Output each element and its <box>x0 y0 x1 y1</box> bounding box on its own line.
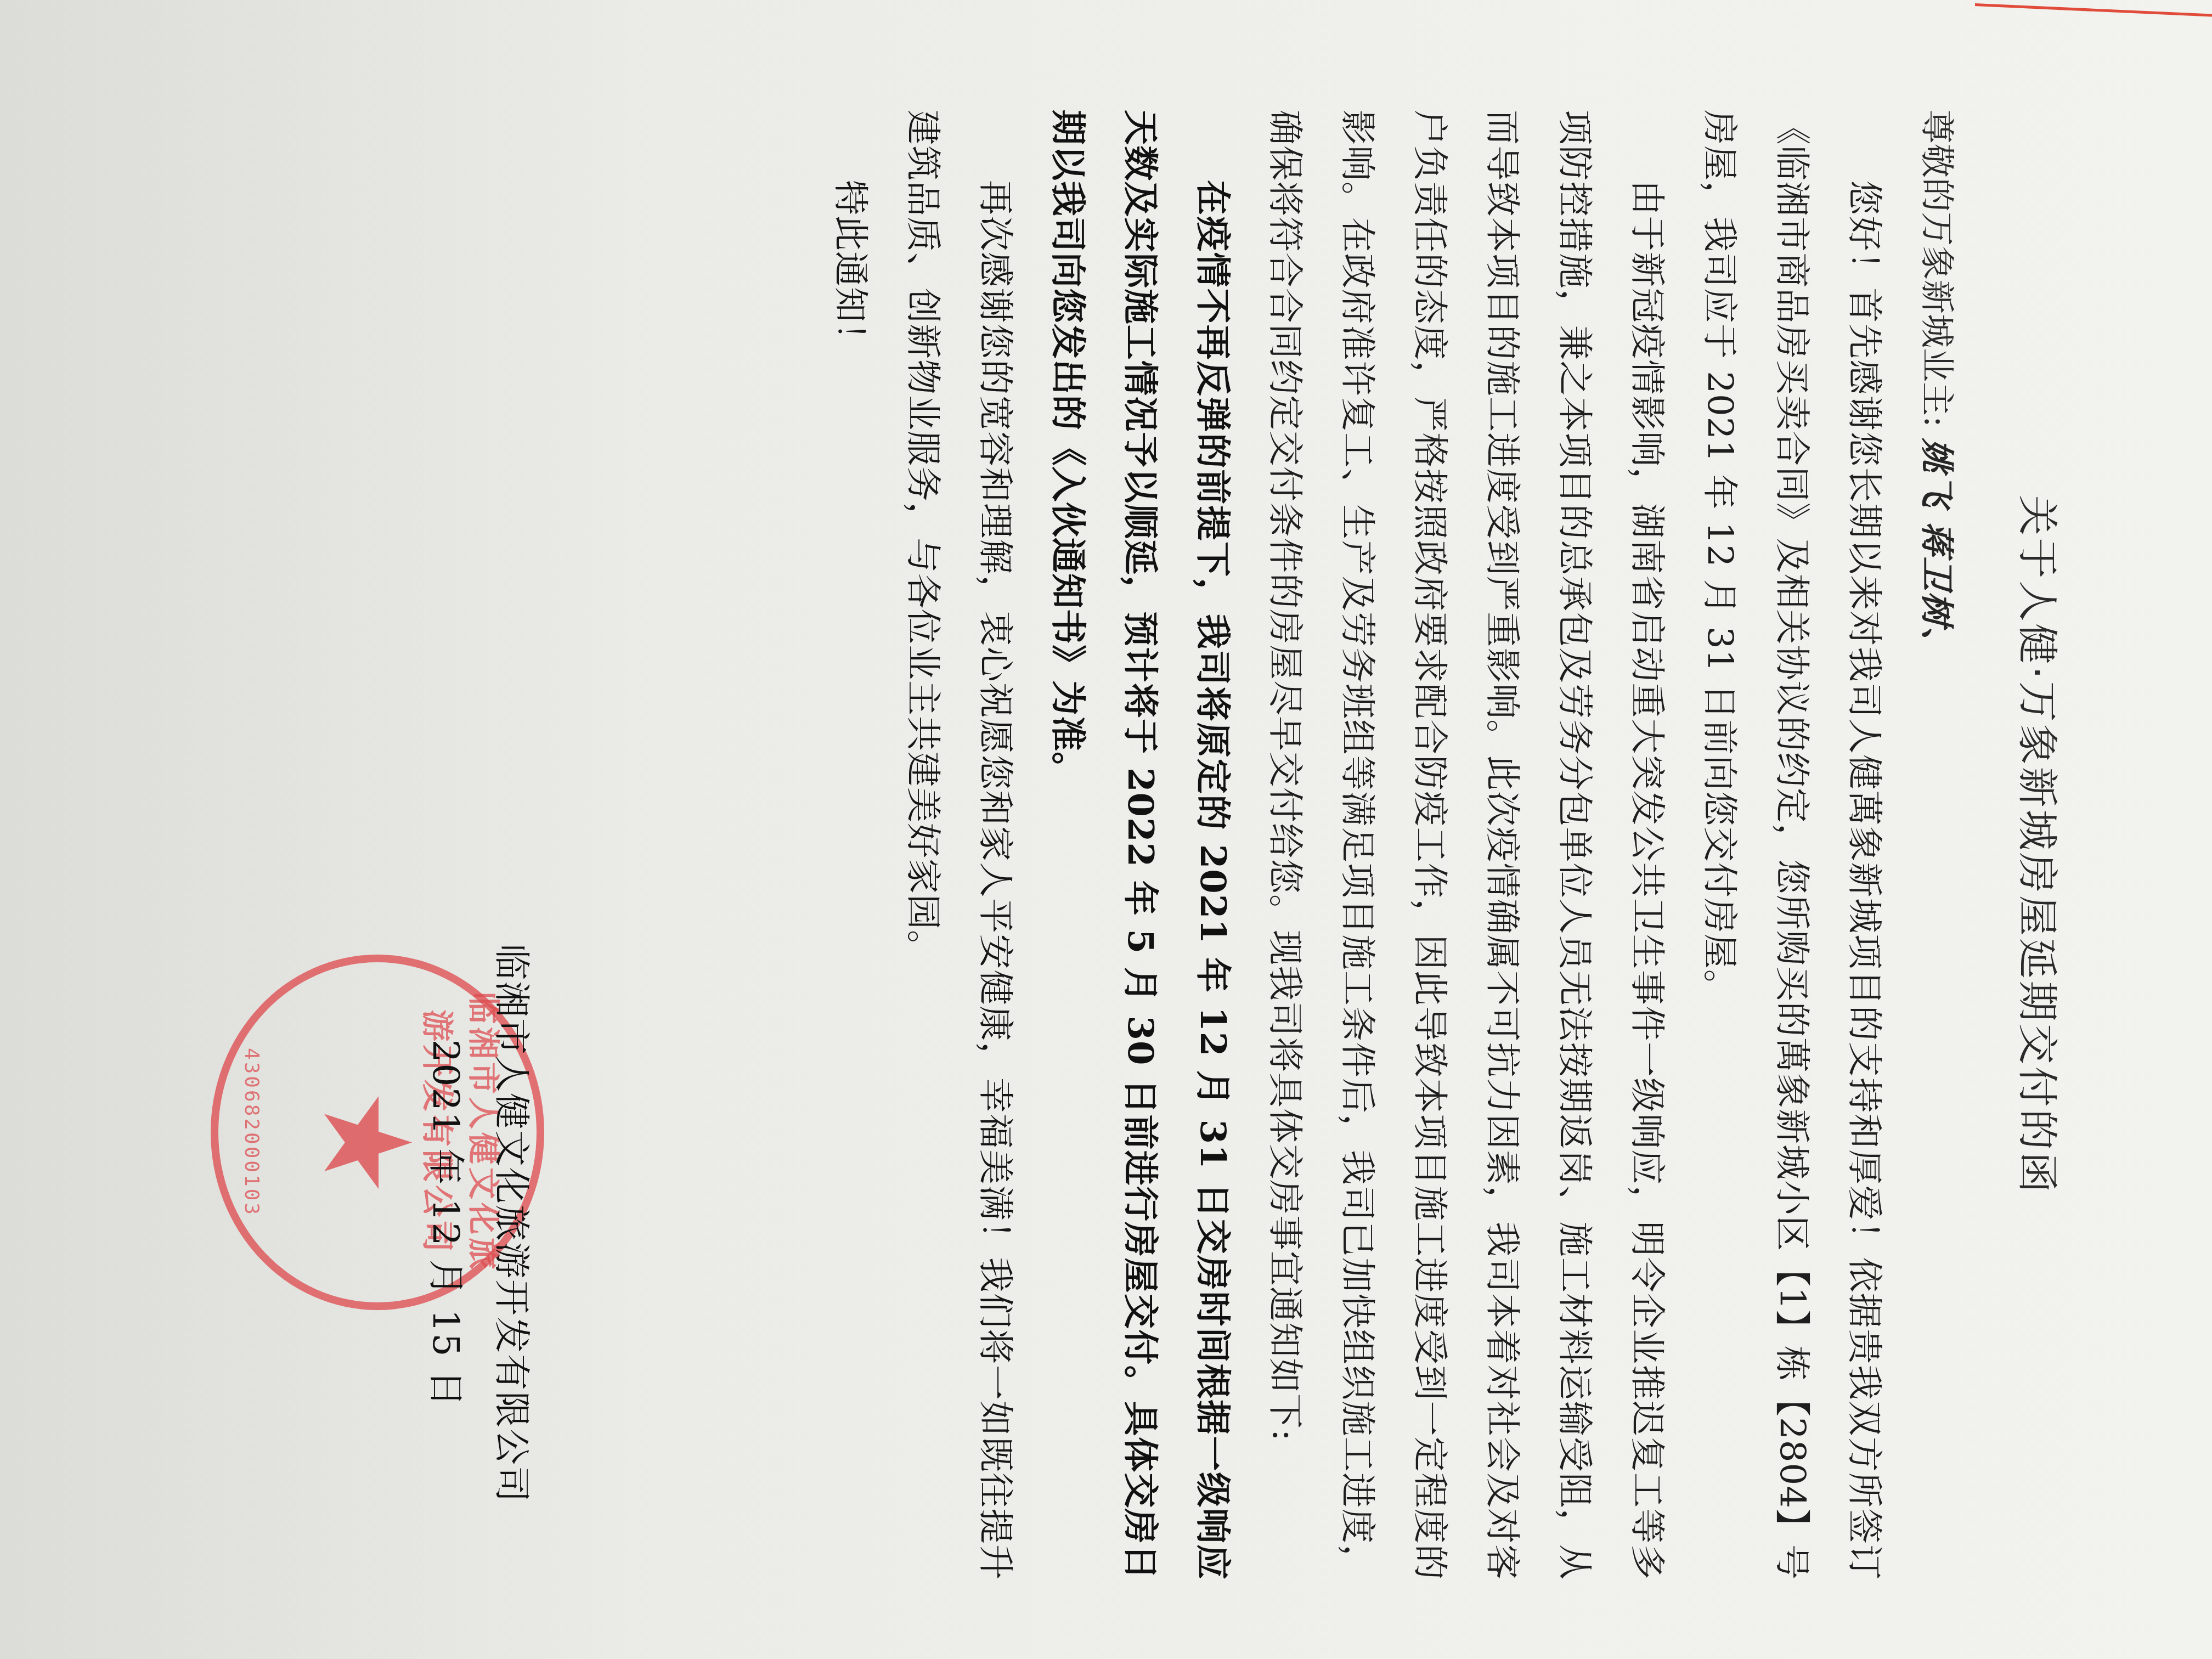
salutation-prefix: 尊敬的万象新城业主: <box>1917 110 1957 427</box>
owner-names-handwritten: 姚飞 蒋卫树、 <box>1917 438 1957 662</box>
star-icon: ★ <box>306 1088 427 1197</box>
letter-body: 关于人健·万象新城房屋延期交付的函 尊敬的万象新城业主: 姚飞 蒋卫树、 您好！… <box>814 110 2069 1580</box>
paragraph-reason: 由于新冠疫情影响，湖南省启动重大突发公共卫生事件一级响应，明令企业推迟复工等多项… <box>1249 110 1683 1580</box>
signature-date: 2021 年 12 月 15 日 <box>413 867 478 1580</box>
paragraph-greeting: 您好！首先感谢您长期以来对我司人健萬象新城项目的支持和厚爱！依据贵我双方所签订《… <box>1683 110 1900 1580</box>
salutation: 尊敬的万象新城业主: 姚飞 蒋卫树、 <box>1900 110 1973 1580</box>
seal-code: 430682000103 <box>240 1028 263 1237</box>
signature-block: 临湘市人健文化旅游开发有限公司 2021 年 12 月 15 日 <box>413 867 544 1580</box>
letter-title: 关于人健·万象新城房屋延期交付的函 <box>2011 110 2069 1580</box>
paragraph-thanks: 再次感谢您的宽容和理解，衷心祝愿您和家人平安健康，幸福美满！我们将一如既往提升建… <box>887 110 1031 1580</box>
paragraph-closing: 特此通知！ <box>814 110 887 1580</box>
letter-page: 关于人健·万象新城房屋延期交付的函 尊敬的万象新城业主: 姚飞 蒋卫树、 您好！… <box>0 0 2212 1659</box>
document-photo: 关于人健·万象新城房屋延期交付的函 尊敬的万象新城业主: 姚飞 蒋卫树、 您好！… <box>0 0 2212 1659</box>
company-name: 临湘市人健文化旅游开发有限公司 <box>478 867 544 1580</box>
paragraph-delivery-notice: 在疫情不再反弹的前提下，我司将原定的 2021 年 12 月 31 日交房时间根… <box>1031 110 1249 1580</box>
